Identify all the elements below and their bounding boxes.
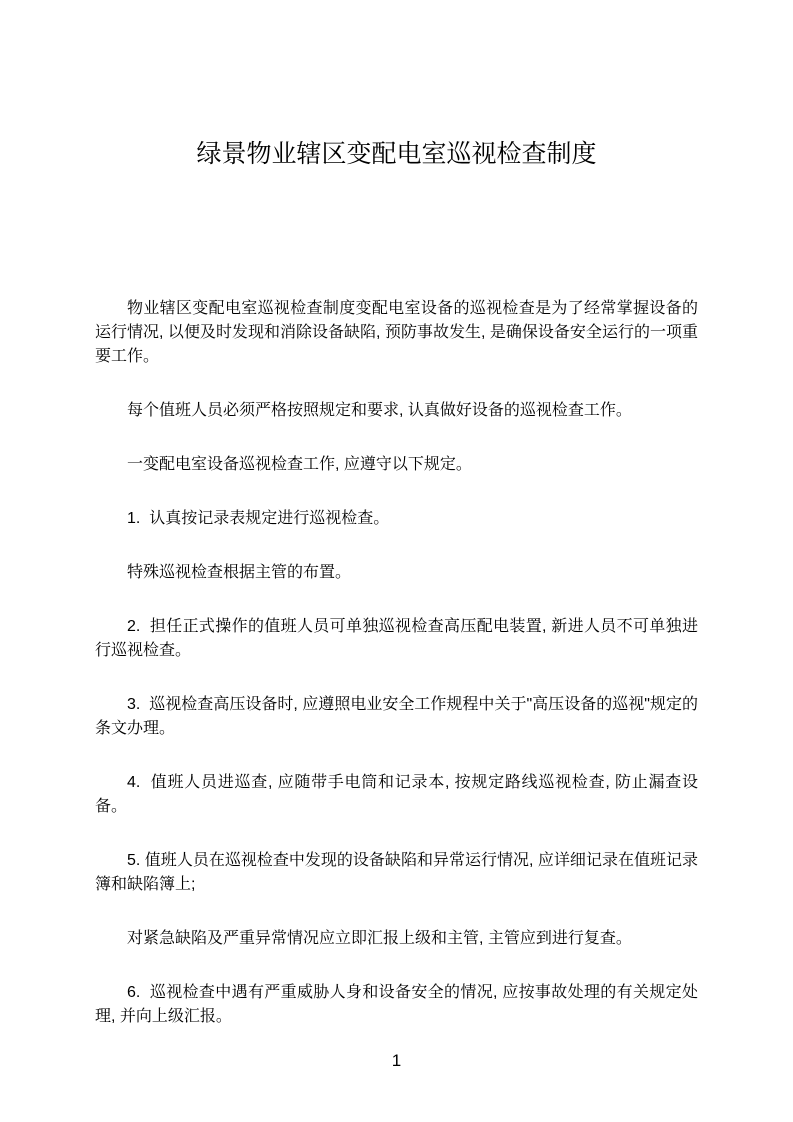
paragraph-special: 特殊巡视检查根据主管的布置。 xyxy=(95,561,698,585)
paragraph-item-3: 3. 巡视检查高压设备时, 应遵照电业安全工作规程中关于"高压设备的巡视"规定的… xyxy=(95,693,698,741)
paragraph-urgent: 对紧急缺陷及严重异常情况应立即汇报上级和主管, 主管应到进行复查。 xyxy=(95,927,698,951)
paragraph-duty: 每个值班人员必须严格按照规定和要求, 认真做好设备的巡视检查工作。 xyxy=(95,399,698,423)
paragraph-item-4: 4. 值班人员进巡查, 应随带手电筒和记录本, 按规定路线巡视检查, 防止漏查设… xyxy=(95,771,698,819)
document-page: 绿景物业辖区变配电室巡视检查制度 物业辖区变配电室巡视检查制度变配电室设备的巡视… xyxy=(0,0,793,1122)
paragraph-item-5: 5. 值班人员在巡视检查中发现的设备缺陷和异常运行情况, 应详细记录在值班记录簿… xyxy=(95,849,698,897)
paragraph-item-2: 2. 担任正式操作的值班人员可单独巡视检查高压配电装置, 新进人员不可单独进行巡… xyxy=(95,615,698,663)
paragraph-section-1: 一变配电室设备巡视检查工作, 应遵守以下规定。 xyxy=(95,453,698,477)
paragraph-item-1: 1. 认真按记录表规定进行巡视检查。 xyxy=(95,507,698,531)
paragraph-intro: 物业辖区变配电室巡视检查制度变配电室设备的巡视检查是为了经常掌握设备的运行情况,… xyxy=(95,297,698,369)
document-body: 物业辖区变配电室巡视检查制度变配电室设备的巡视检查是为了经常掌握设备的运行情况,… xyxy=(95,297,698,1029)
page-number: 1 xyxy=(0,1052,793,1070)
document-content: 绿景物业辖区变配电室巡视检查制度 物业辖区变配电室巡视检查制度变配电室设备的巡视… xyxy=(0,139,793,1029)
document-title: 绿景物业辖区变配电室巡视检查制度 xyxy=(95,139,698,169)
paragraph-item-6: 6. 巡视检查中遇有严重威胁人身和设备安全的情况, 应按事故处理的有关规定处理,… xyxy=(95,981,698,1029)
